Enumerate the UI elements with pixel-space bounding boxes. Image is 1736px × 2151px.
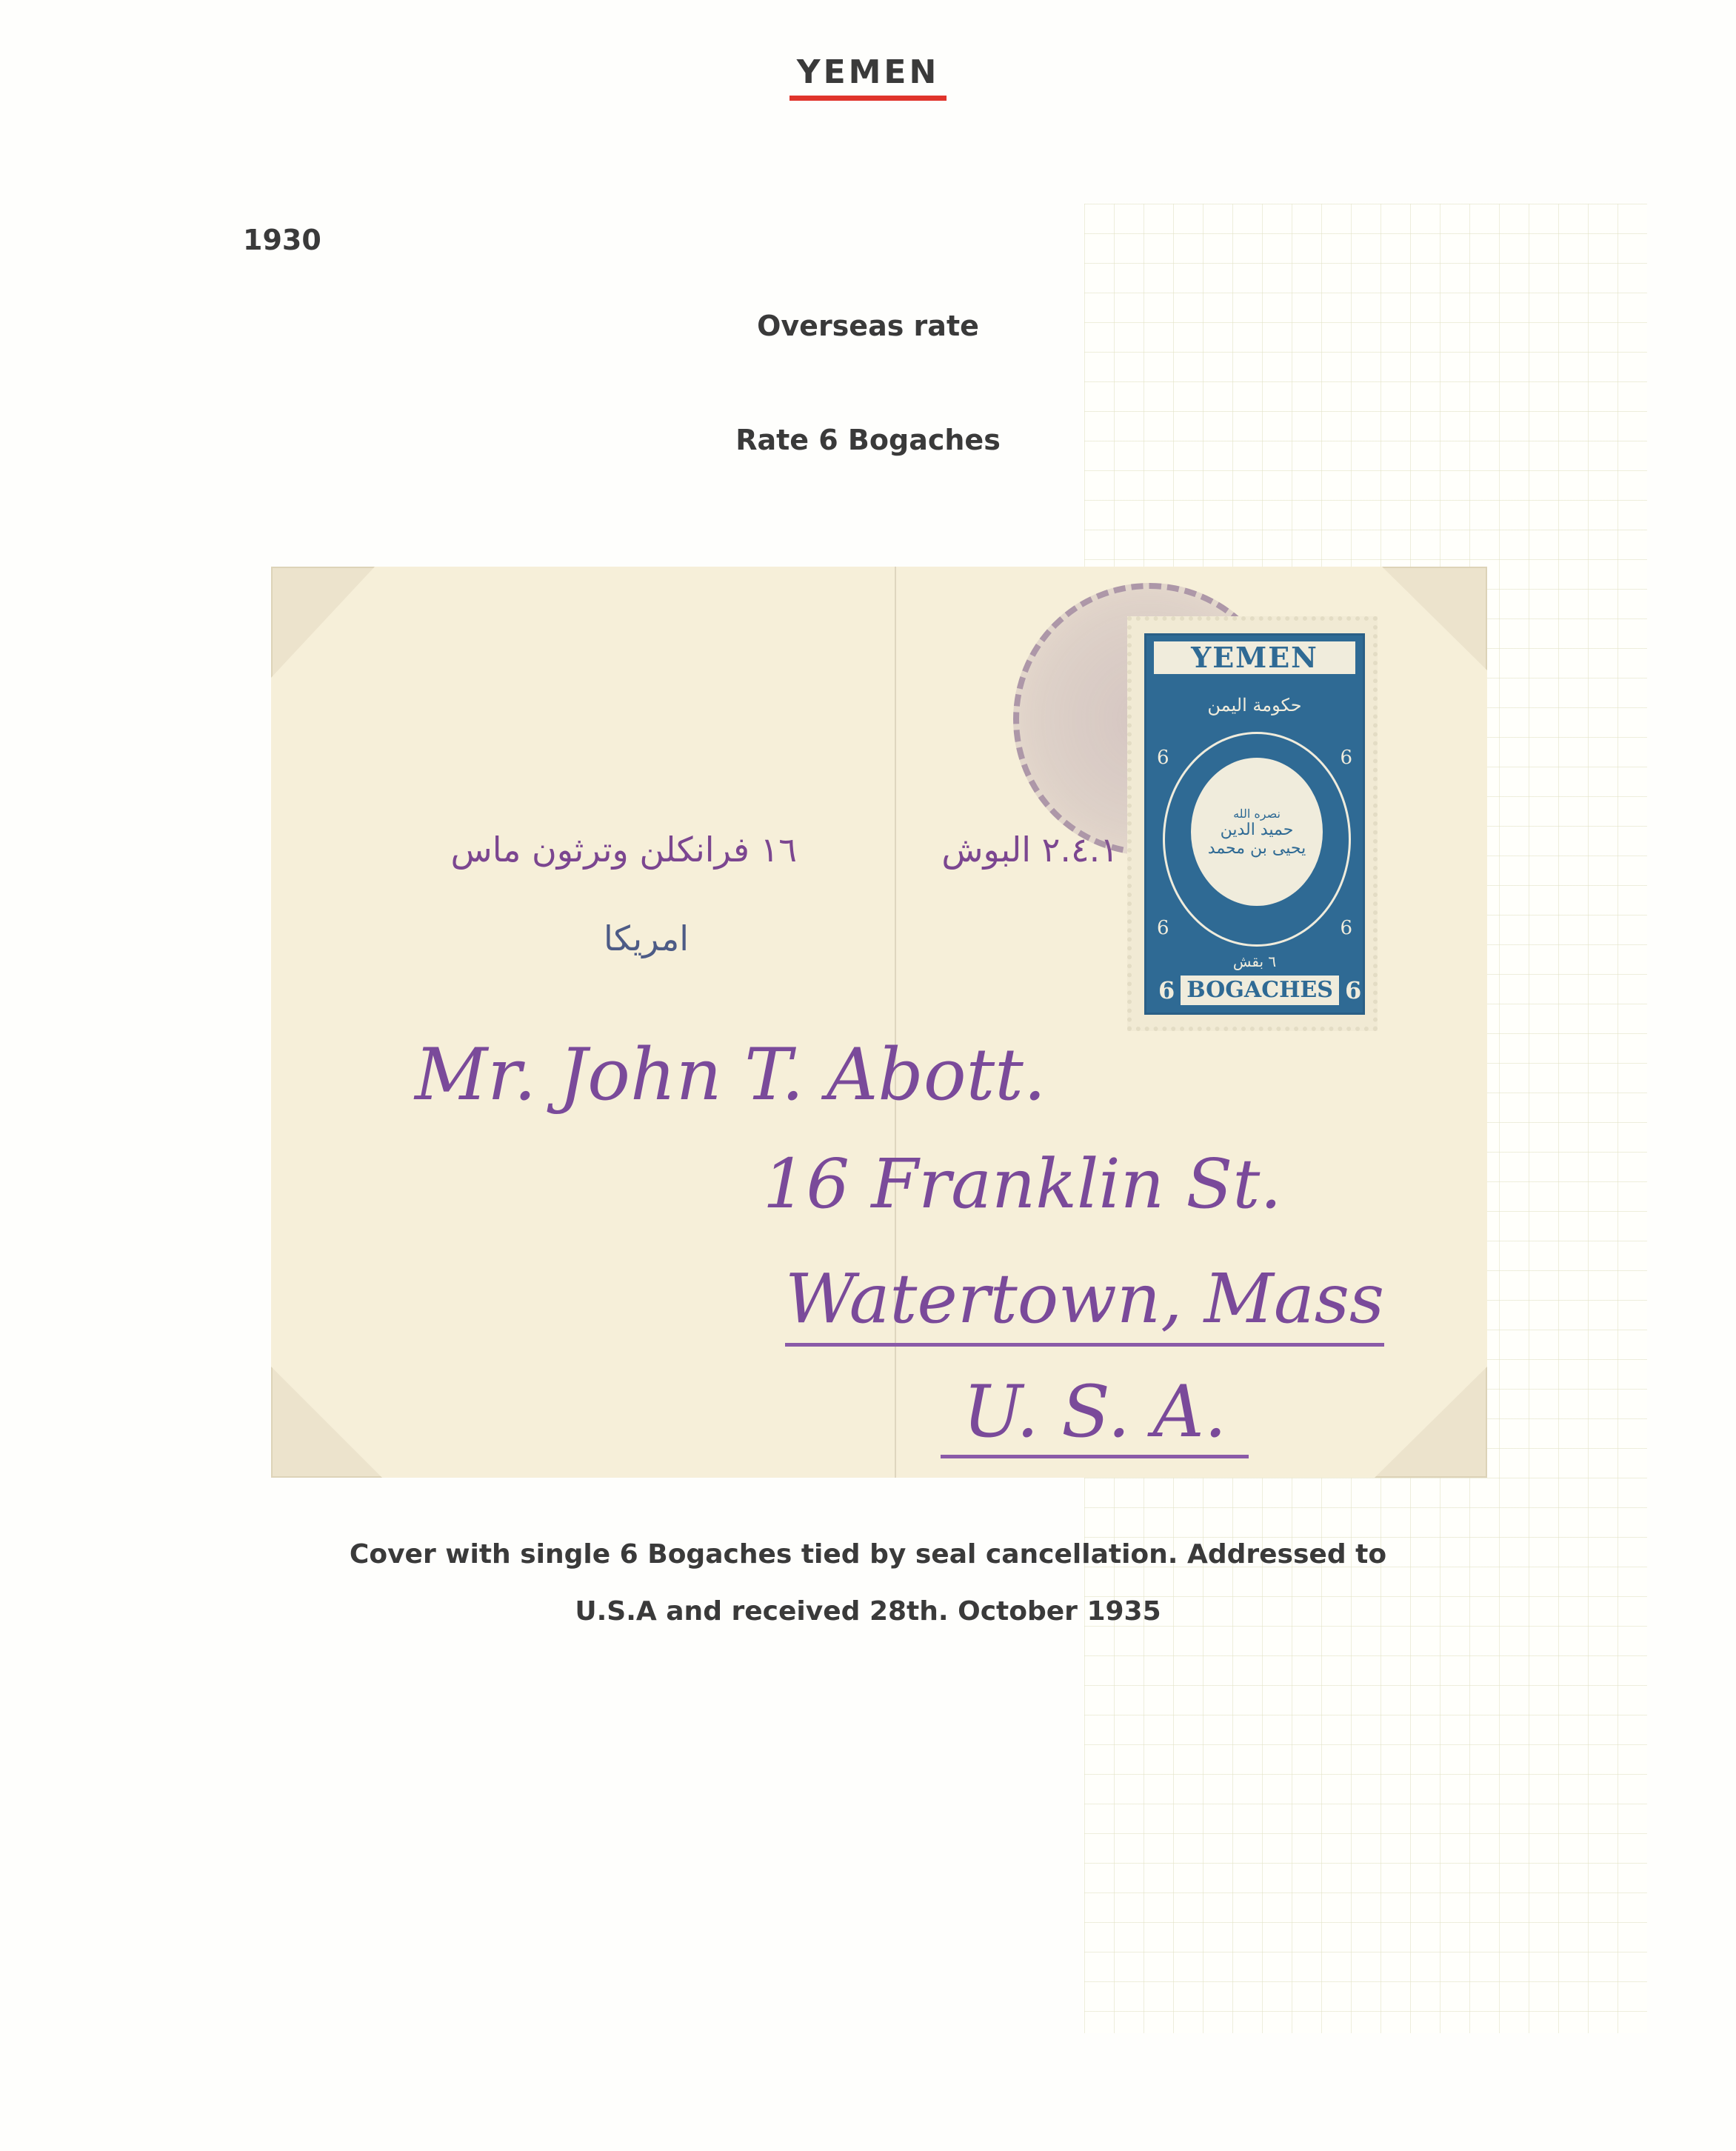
stamp-arabic-center-2: حميد الدين [1221, 821, 1294, 839]
year-label: 1930 [243, 224, 321, 256]
stamp-country: YEMEN [1154, 641, 1355, 674]
stamp-arabic-top: حكومة اليمن [1169, 695, 1341, 724]
address-line4: U. S. A. [941, 1370, 1249, 1458]
address-line1: Mr. John T. Abott. [415, 1033, 1046, 1116]
stamp-center-medallion: نصره الله حميد الدين يحيى بن محمد [1191, 758, 1323, 906]
stamp-value-left: 6 [1152, 976, 1181, 1004]
stamp-arabic-center-3: يحيى بن محمد [1208, 839, 1306, 858]
postage-stamp: YEMEN حكومة اليمن 6 6 6 6 نصره الله حميد… [1144, 633, 1365, 1015]
stamp-value-right: 6 [1339, 976, 1367, 1004]
country-title: YEMEN [789, 53, 947, 101]
caption-line2: U.S.A and received 28th. October 1935 [0, 1596, 1736, 1627]
arabic-address-line2: امريكا [511, 918, 689, 958]
stamp-arabic-denom: ٦ بقش [1146, 953, 1363, 970]
arabic-address-line1: ١٦ فرانكلن وترثون ماس [323, 830, 797, 870]
stamp-corner-value: 6 [1157, 917, 1169, 939]
stamp-denomination-label: BOGACHES [1181, 976, 1339, 1005]
rate-label: Rate 6 Bogaches [0, 424, 1736, 456]
caption-line1: Cover with single 6 Bogaches tied by sea… [0, 1539, 1736, 1570]
stamp-denomination: 6 BOGACHES 6 [1152, 974, 1357, 1007]
stamp-arabic-center-1: نصره الله [1233, 807, 1281, 821]
subtitle: Overseas rate [0, 310, 1736, 342]
stamp-corner-value: 6 [1340, 747, 1352, 769]
page-title: YEMEN [0, 53, 1736, 101]
stamp-corner-value: 6 [1340, 917, 1352, 939]
stamp-corner-value: 6 [1157, 747, 1169, 769]
address-line3: Watertown, Mass [785, 1259, 1384, 1347]
address-line2: 16 Franklin St. [763, 1144, 1282, 1224]
